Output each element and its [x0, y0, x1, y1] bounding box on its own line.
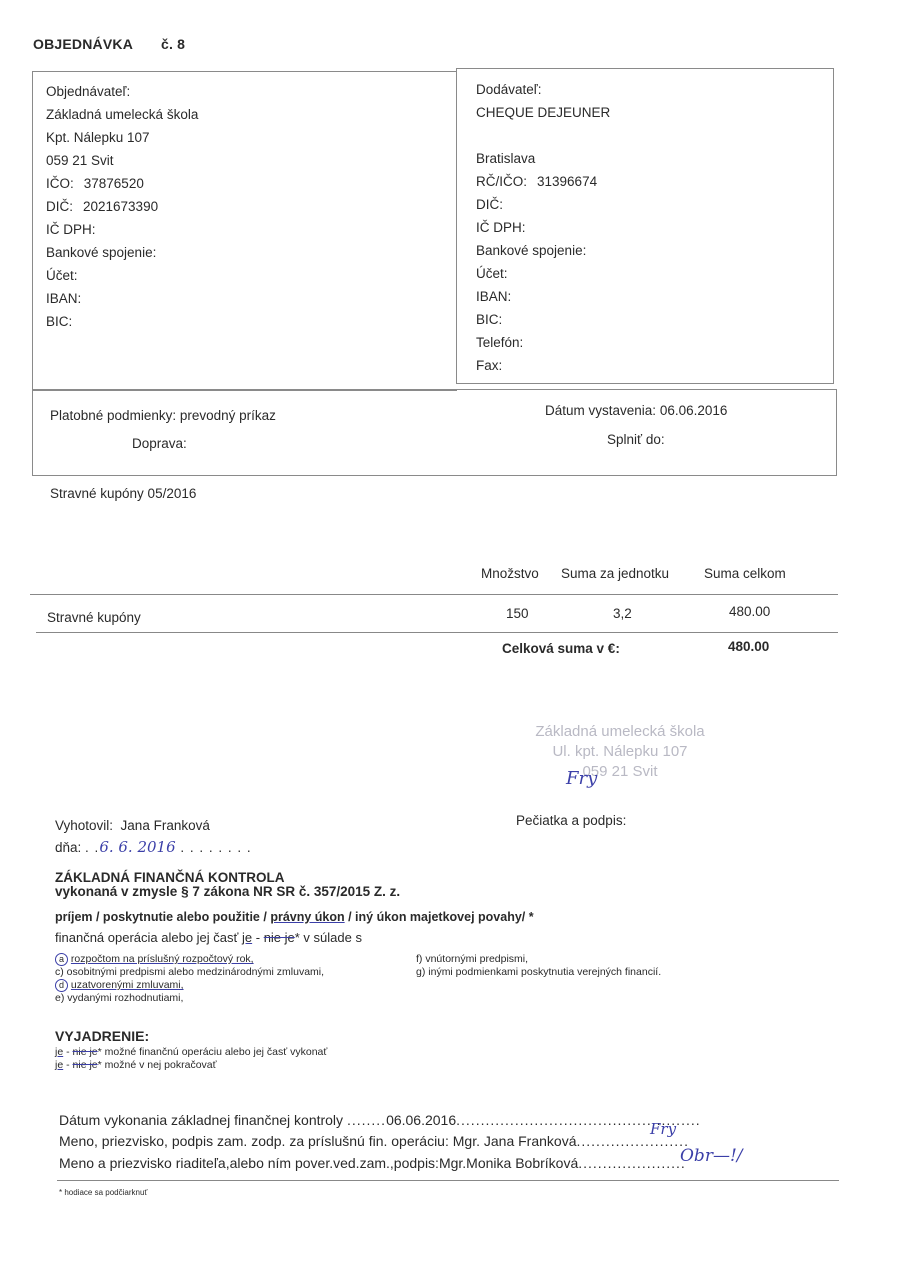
- footer-divider: [57, 1180, 839, 1181]
- order-number: č. 8: [161, 36, 185, 52]
- buyer-bank: Bankové spojenie:: [46, 241, 198, 264]
- supplier-city: Bratislava: [476, 147, 610, 170]
- prepared-by: Vyhotovil: Jana Franková: [55, 814, 210, 837]
- buyer-section: Objednávateľ: Základná umelecká škola Kp…: [46, 80, 198, 333]
- responsible-signature: Fry: [650, 1120, 676, 1138]
- buyer-bic: BIC:: [46, 310, 198, 333]
- director-row: Meno a priezvisko riaditeľa,alebo ním po…: [59, 1153, 686, 1174]
- supplier-dic: DIČ:: [476, 193, 610, 216]
- option-f: f) vnútornými predpismi,: [416, 953, 661, 966]
- order-subject: Stravné kupóny 05/2016: [50, 482, 196, 505]
- stamp-signature: Fry: [566, 768, 597, 789]
- selected-marker-icon: a: [55, 953, 68, 966]
- supplier-iban: IBAN:: [476, 285, 610, 308]
- statements: je - nie je* možné finančnú operáciu ale…: [55, 1046, 327, 1072]
- footnote: * hodiace sa podčiarknuť: [59, 1188, 147, 1197]
- supplier-name: CHEQUE DEJEUNER: [476, 101, 610, 124]
- supplier-blank-line: [476, 124, 610, 147]
- row-unit-price: 3,2: [613, 606, 632, 621]
- control-date-row: Dátum vykonania základnej finančnej kont…: [59, 1110, 701, 1131]
- director-signature: Obr—!/: [680, 1146, 743, 1166]
- col-header-total: Suma celkom: [704, 566, 786, 581]
- payment-terms: Platobné podmienky: prevodný príkaz: [50, 404, 276, 427]
- option-a: a rozpočtom na príslušný rozpočtový rok,: [55, 953, 324, 966]
- responsible-row: Meno, priezvisko, podpis zam. zodp. za p…: [59, 1131, 689, 1152]
- row-item: Stravné kupóny: [47, 610, 141, 625]
- school-stamp: Základná umelecká škola Ul. kpt. Nálepku…: [520, 722, 720, 782]
- supplier-account: Účet:: [476, 262, 610, 285]
- selected-type: právny úkon: [270, 910, 344, 924]
- table-header-divider: [30, 594, 838, 595]
- supplier-fax: Fax:: [476, 354, 610, 377]
- statement-heading: VYJADRENIE:: [55, 1028, 149, 1044]
- stamp-signature-label: Pečiatka a podpis:: [516, 809, 626, 832]
- selected-marker-icon: d: [55, 979, 68, 992]
- statement-2: je - nie je* možné v nej pokračovať: [55, 1059, 327, 1072]
- control-subheading: vykonaná v zmysle § 7 zákona NR SR č. 35…: [55, 884, 400, 899]
- order-title: OBJEDNÁVKA: [33, 36, 133, 52]
- table-row-divider: [36, 632, 838, 633]
- supplier-ico: RČ/IČO:31396674: [476, 170, 610, 193]
- grand-total-label: Celková suma v €:: [502, 641, 620, 656]
- issue-date: Dátum vystavenia: 06.06.2016: [545, 399, 727, 422]
- buyer-label: Objednávateľ:: [46, 80, 198, 103]
- control-heading: ZÁKLADNÁ FINANČNÁ KONTROLA: [55, 870, 284, 885]
- document-title: OBJEDNÁVKAč. 8: [33, 36, 185, 52]
- transport-label: Doprava:: [132, 432, 187, 455]
- options-right: f) vnútornými predpismi, g) inými podmie…: [416, 953, 661, 979]
- row-quantity: 150: [506, 606, 529, 621]
- col-header-quantity: Množstvo: [481, 566, 539, 581]
- options-left: a rozpočtom na príslušný rozpočtový rok,…: [55, 953, 324, 1005]
- supplier-bic: BIC:: [476, 308, 610, 331]
- row-total: 480.00: [729, 604, 770, 619]
- supplier-section: Dodávateľ: CHEQUE DEJEUNER Bratislava RČ…: [476, 78, 610, 377]
- option-e: e) vydanými rozhodnutiami,: [55, 992, 324, 1005]
- statement-1: je - nie je* možné finančnú operáciu ale…: [55, 1046, 327, 1059]
- buyer-account: Účet:: [46, 264, 198, 287]
- option-d: d uzatvorenými zmluvami,: [55, 979, 324, 992]
- prepared-date: dňa: . .6. 6. 2016 . . . . . . . .: [55, 836, 252, 859]
- buyer-dic: DIČ:2021673390: [46, 195, 198, 218]
- grand-total-value: 480.00: [728, 639, 769, 654]
- buyer-address-line2: 059 21 Svit: [46, 149, 198, 172]
- compliance-line: finančná operácia alebo jej časť je - ni…: [55, 930, 362, 945]
- buyer-name: Základná umelecká škola: [46, 103, 198, 126]
- col-header-unit-price: Suma za jednotku: [561, 566, 669, 581]
- buyer-address-line1: Kpt. Nálepku 107: [46, 126, 198, 149]
- supplier-label: Dodávateľ:: [476, 78, 610, 101]
- option-c: c) osobitnými predpismi alebo medzinárod…: [55, 966, 324, 979]
- supplier-phone: Telefón:: [476, 331, 610, 354]
- control-type-line: príjem / poskytnutie alebo použitie / pr…: [55, 910, 534, 924]
- supplier-bank: Bankové spojenie:: [476, 239, 610, 262]
- deliver-by-label: Splniť do:: [607, 428, 665, 451]
- buyer-iban: IBAN:: [46, 287, 198, 310]
- option-g: g) inými podmienkami poskytnutia verejný…: [416, 966, 661, 979]
- buyer-icdph: IČ DPH:: [46, 218, 198, 241]
- buyer-ico: IČO:37876520: [46, 172, 198, 195]
- supplier-icdph: IČ DPH:: [476, 216, 610, 239]
